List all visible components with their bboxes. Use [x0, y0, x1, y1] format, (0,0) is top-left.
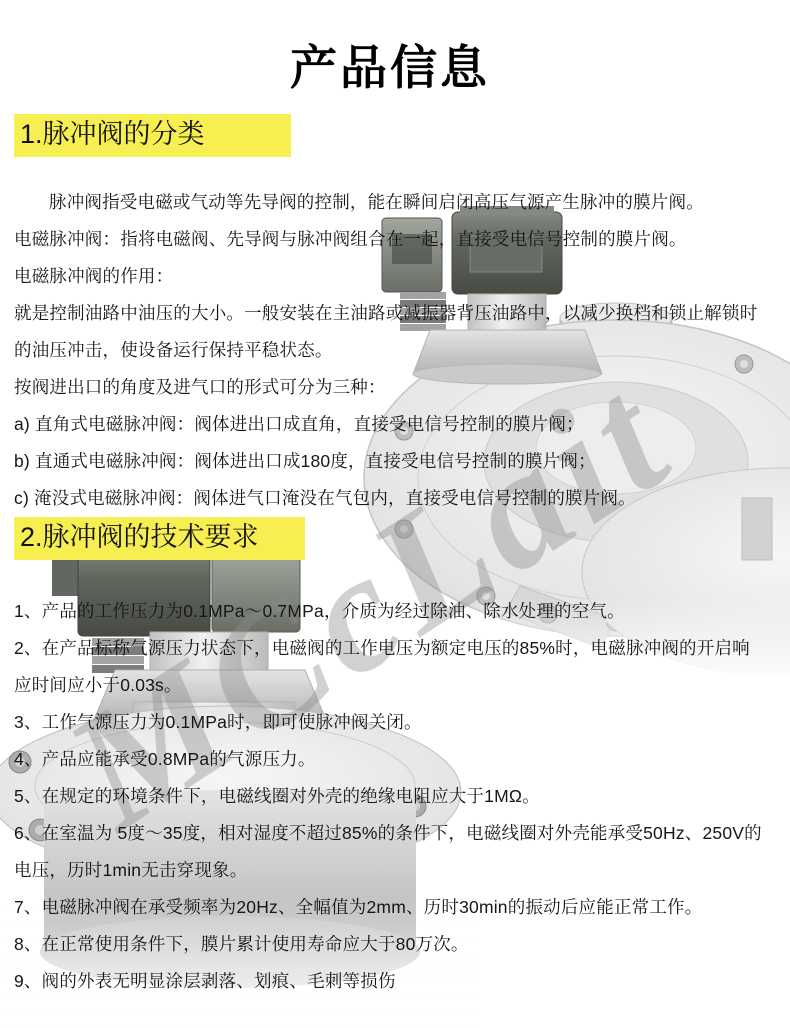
tech-requirement-item: 5、在规定的环境条件下，电磁线圈对外壳的绝缘电阻应大于1MΩ。 — [14, 778, 766, 815]
section-1-paragraph: 电磁脉冲阀的作用： — [14, 258, 766, 295]
page-title: 产品信息 — [14, 36, 766, 100]
section-1-paragraph: 按阀进出口的角度及进气口的形式可分为三种： — [14, 369, 766, 406]
section-2-body: 1、产品的工作压力为0.1MPa～0.7MPa，介质为经过除油、除水处理的空气。… — [14, 593, 766, 1000]
document-content: 产品信息 1.脉冲阀的分类 脉冲阀指受电磁或气动等先导阀的控制，能在瞬间启闭高压… — [0, 36, 790, 1000]
section-1-paragraph: 电磁脉冲阀：指将电磁阀、先导阀与脉冲阀组合在一起，直接受电信号控制的膜片阀。 — [14, 221, 766, 258]
tech-requirement-item: 1、产品的工作压力为0.1MPa～0.7MPa，介质为经过除油、除水处理的空气。 — [14, 593, 766, 630]
tech-requirement-item: 7、电磁脉冲阀在承受频率为20Hz、全幅值为2mm、历时30min的振动后应能正… — [14, 889, 766, 926]
tech-requirement-item: 2、在产品标称气源压力状态下，电磁阀的工作电压为额定电压的85%时，电磁脉冲阀的… — [14, 630, 766, 704]
tech-requirement-item: 4、产品应能承受0.8MPa的气源压力。 — [14, 741, 766, 778]
tech-requirement-item: 9、阀的外表无明显涂层剥落、划痕、毛刺等损伤 — [14, 963, 766, 1000]
tech-requirement-item: 8、在正常使用条件下，膜片累计使用寿命应大于80万次。 — [14, 926, 766, 963]
tech-requirement-item: 3、工作气源压力为0.1MPa时，即可使脉冲阀关闭。 — [14, 704, 766, 741]
document-page: MCcLait 产品信息 1.脉冲阀的分类 脉冲阀指受电磁或气动等先导阀的控制，… — [0, 0, 790, 1028]
section-1-paragraph: 就是控制油路中油压的大小。一般安装在主油路或减振器背压油路中，以减少换档和锁止解… — [14, 295, 766, 369]
section-1-paragraph: c) 淹没式电磁脉冲阀：阀体进气口淹没在气包内，直接受电信号控制的膜片阀。 — [14, 480, 766, 517]
section-1-paragraph: b) 直通式电磁脉冲阀：阀体进出口成180度，直接受电信号控制的膜片阀； — [14, 443, 766, 480]
section-1-intro: 脉冲阀指受电磁或气动等先导阀的控制，能在瞬间启闭高压气源产生脉冲的膜片阀。 — [14, 184, 766, 221]
section-1-body: 脉冲阀指受电磁或气动等先导阀的控制，能在瞬间启闭高压气源产生脉冲的膜片阀。 电磁… — [14, 184, 766, 517]
section-1-heading: 1.脉冲阀的分类 — [14, 114, 291, 157]
tech-requirement-item: 6、在室温为 5度～35度，相对湿度不超过85%的条件下，电磁线圈对外壳能承受5… — [14, 815, 766, 889]
section-2-heading: 2.脉冲阀的技术要求 — [14, 517, 305, 560]
section-1-paragraph: a) 直角式电磁脉冲阀：阀体进出口成直角，直接受电信号控制的膜片阀； — [14, 406, 766, 443]
